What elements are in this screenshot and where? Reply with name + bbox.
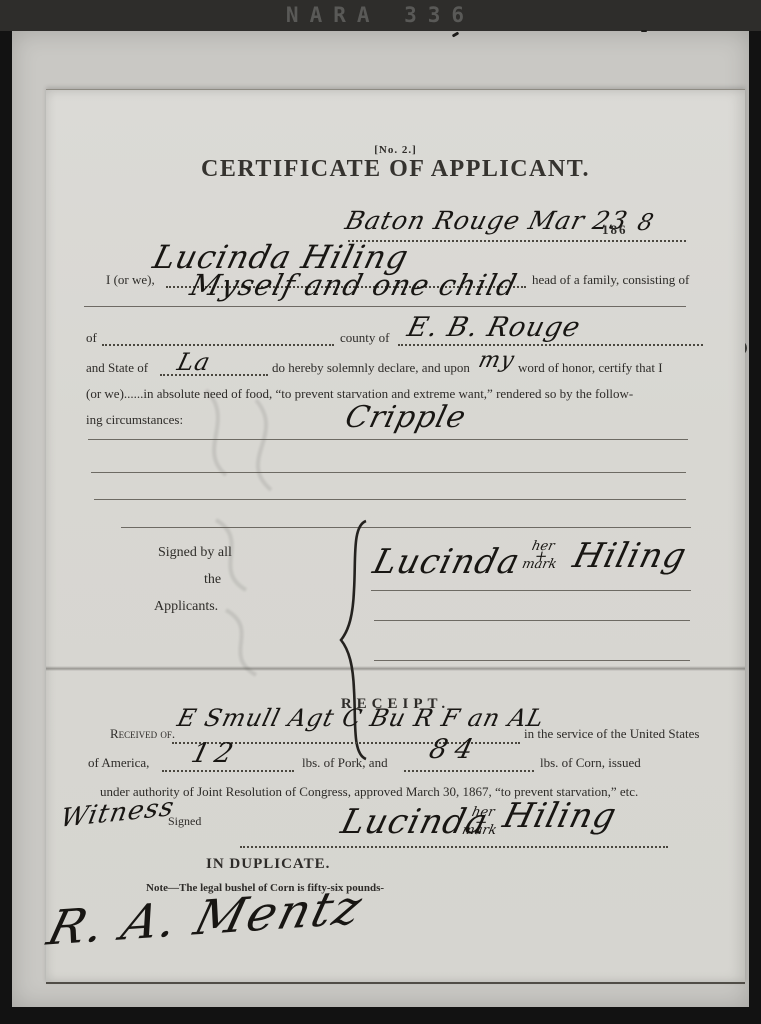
witness-handwriting: Witness [58,792,177,833]
date-year-handwriting: 8 [635,210,657,236]
declare-text: do hereby solemnly declare, and upon [272,360,470,376]
received-agent-handwriting: E Smull Agt C Bu R F an AL [175,704,548,732]
corn-label: lbs. of Corn, issued [540,755,641,771]
leader-dots [162,770,294,772]
pork-qty-handwriting: 12 [188,738,242,769]
signature-line [374,620,690,621]
family-handwriting: Myself and one child [187,268,521,302]
signed-by-all-label: Signed by all [158,545,232,561]
county-label: county of [340,330,389,346]
circumstance-handwriting: Cripple [342,400,470,435]
signature-line [371,590,691,591]
form-number: [No. 2.] [46,144,745,156]
family-line [84,306,686,307]
leader-dots [404,770,534,772]
service-text: in the service of the United States [524,726,699,742]
circumstances-label: ing circumstances: [86,412,183,428]
signature-dotted-line [240,846,668,848]
received-label: Received of. [110,726,175,742]
rule-line [91,472,686,473]
state-label: and State of [86,360,148,376]
applicant-signature-last: Hiling [569,536,691,576]
date-place-handwriting: Baton Rouge Mar 23 [342,206,631,235]
signed-label: Signed [168,814,201,829]
certificate-sheet: [No. 2.] CERTIFICATE OF APPLICANT. Baton… [46,89,745,984]
scanned-document: NARA 336 [No. 2.] CERTIFICATE OF APPLICA… [0,0,761,1024]
bleed-through-marks [166,380,366,680]
leader-dots [398,344,703,346]
applicant-signature-first: Lucinda [369,542,524,582]
pork-label: lbs. of Pork, and [302,755,388,771]
rule-line [94,499,686,500]
signature-line [374,660,690,661]
signed-by-all-the: the [204,572,221,588]
in-duplicate-label: IN DUPLICATE. [206,856,330,873]
of-label: of [86,330,97,346]
of-america-label: of America, [88,755,149,771]
receipt-signature-last: Hiling [499,796,621,836]
corn-qty-handwriting: 84 [426,734,484,765]
intro-text: I (or we), [106,272,155,288]
county-handwriting: E. B. Rouge [404,312,584,343]
head-of-family-text: head of a family, consisting of [532,272,689,288]
state-handwriting: La [175,348,214,376]
stray-mark [641,30,647,32]
her-mark: her + mark [521,542,561,571]
scan-top-band: NARA 336 [0,0,761,31]
fold-shadow [46,666,745,671]
honor-text: word of honor, certify that I [518,360,663,376]
pronoun-handwriting: my [476,348,518,373]
leader-dots [102,344,334,346]
form-title: CERTIFICATE OF APPLICANT. [46,156,745,183]
rule-line [88,439,688,440]
rule-line [121,527,691,528]
signed-by-all-applicants: Applicants. [154,599,218,615]
nara-stamp: NARA 336 [0,3,761,27]
date-year-printed: 186 [602,222,628,238]
official-signature-handwriting: R. A. Mentz [42,879,369,956]
her-mark: her + mark [461,808,501,837]
